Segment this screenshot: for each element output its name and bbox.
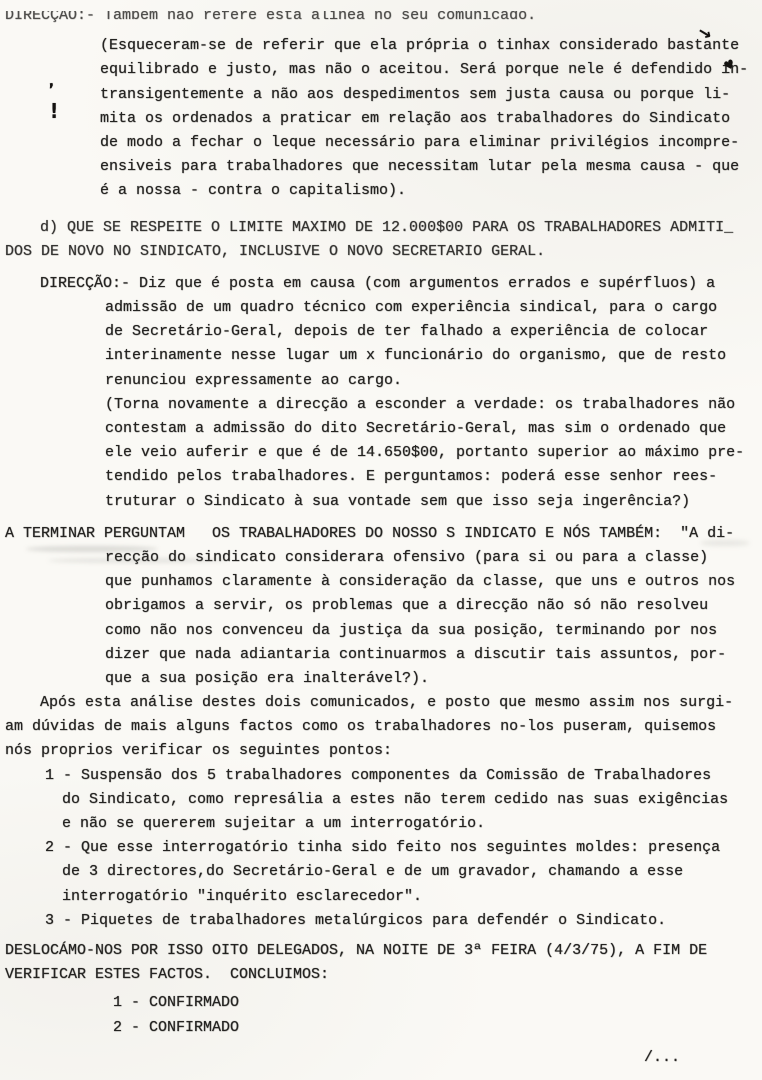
document-line: d) QUE SE RESPEITE O LIMITE MAXIMO DE 12… [0,216,762,240]
document-body: DIRECÇÃO:- Também não refere esta alínea… [0,0,762,1070]
document-line: DIRECÇÃO:- Diz que é posta em causa (com… [0,272,762,296]
document-line: de Secretário-Geral, depois de ter falha… [0,320,762,344]
document-line: como não nos convenceu da justiça da sua… [0,619,762,643]
document-line: dizer que nada adiantaria continuarmos a… [0,643,762,667]
document-line: A TERMINAR PERGUNTAM OS TRABALHADORES DO… [0,522,762,546]
document-line: e não se quererem sujeitar a um interrog… [0,812,762,836]
document-line: 3 - Piquetes de trabalhadores metalúrgic… [0,909,762,933]
document-line: DIRECÇÃO:- Também não refere esta alínea… [0,4,762,28]
document-line: de 3 directores,do Secretário-Geral e de… [0,860,762,884]
document-line: Após esta análise destes dois comunicado… [0,691,762,715]
document-line: contestam a admissão do dito Secretário-… [0,417,762,441]
document-line: interrogatório "inquérito esclarecedor". [0,885,762,909]
document-line: am dúvidas de mais alguns factos como os… [0,715,762,739]
document-line: transigentemente a não aos despedimentos… [0,83,762,107]
document-line: (Esqueceram-se de referir que ela própri… [0,34,762,58]
document-line: recção do sindicato considerara ofensivo… [0,546,762,570]
document-line: tendido pelos trabalhadores. E perguntam… [0,465,762,489]
document-line: equilibrado e justo, mas não o aceitou. … [0,58,762,82]
document-line: renunciou expressamente ao cargo. [0,369,762,393]
document-line: DOS DE NOVO NO SINDICATO, INCLUSIVE O NO… [0,240,762,264]
document-line: 1 - Suspensão dos 5 trabalhadores compon… [0,764,762,788]
document-line: interinamente nesse lugar um x funcionár… [0,344,762,368]
document-line: é a nossa - contra o capitalismo). [0,179,762,203]
pen-exclamation-mark: ! [50,99,58,123]
document-line: mita os ordenados a praticar em relação … [0,107,762,131]
document-line: VERIFICAR ESTES FACTOS. CONCLUIMOS: [0,963,762,987]
document-line: /... [0,1046,762,1070]
document-line: obrigamos a servir, os problemas que a d… [0,594,762,618]
document-line: ensiveis para trabalhadores que necessit… [0,155,762,179]
document-line: 2 - CONFIRMADO [0,1016,762,1040]
document-line: 1 - CONFIRMADO [0,991,762,1015]
document-line: DESLOCÁMO-NOS POR ISSO OITO DELEGADOS, N… [0,939,762,963]
document-line: nós proprios verificar os seguintes pont… [0,739,762,763]
document-line: (Torna novamente a direcção a esconder a… [0,393,762,417]
document-line: que punhamos claramente à consideração d… [0,570,762,594]
document-line: do Sindicato, como represália a estes nã… [0,788,762,812]
document-line: ele veio auferir e que é de 14.650$00, p… [0,441,762,465]
document-line: truturar o Sindicato à sua vontade sem q… [0,490,762,514]
document-line: admissão de um quadro técnico com experi… [0,296,762,320]
document-line: 2 - Que esse interrogatório tinha sido f… [0,836,762,860]
document-line: que a sua posição era inalterável?). [0,667,762,691]
document-line: de modo a fechar o leque necessário para… [0,131,762,155]
scanned-document-page: DIRECÇÃO:- Também não refere esta alínea… [0,0,762,1080]
